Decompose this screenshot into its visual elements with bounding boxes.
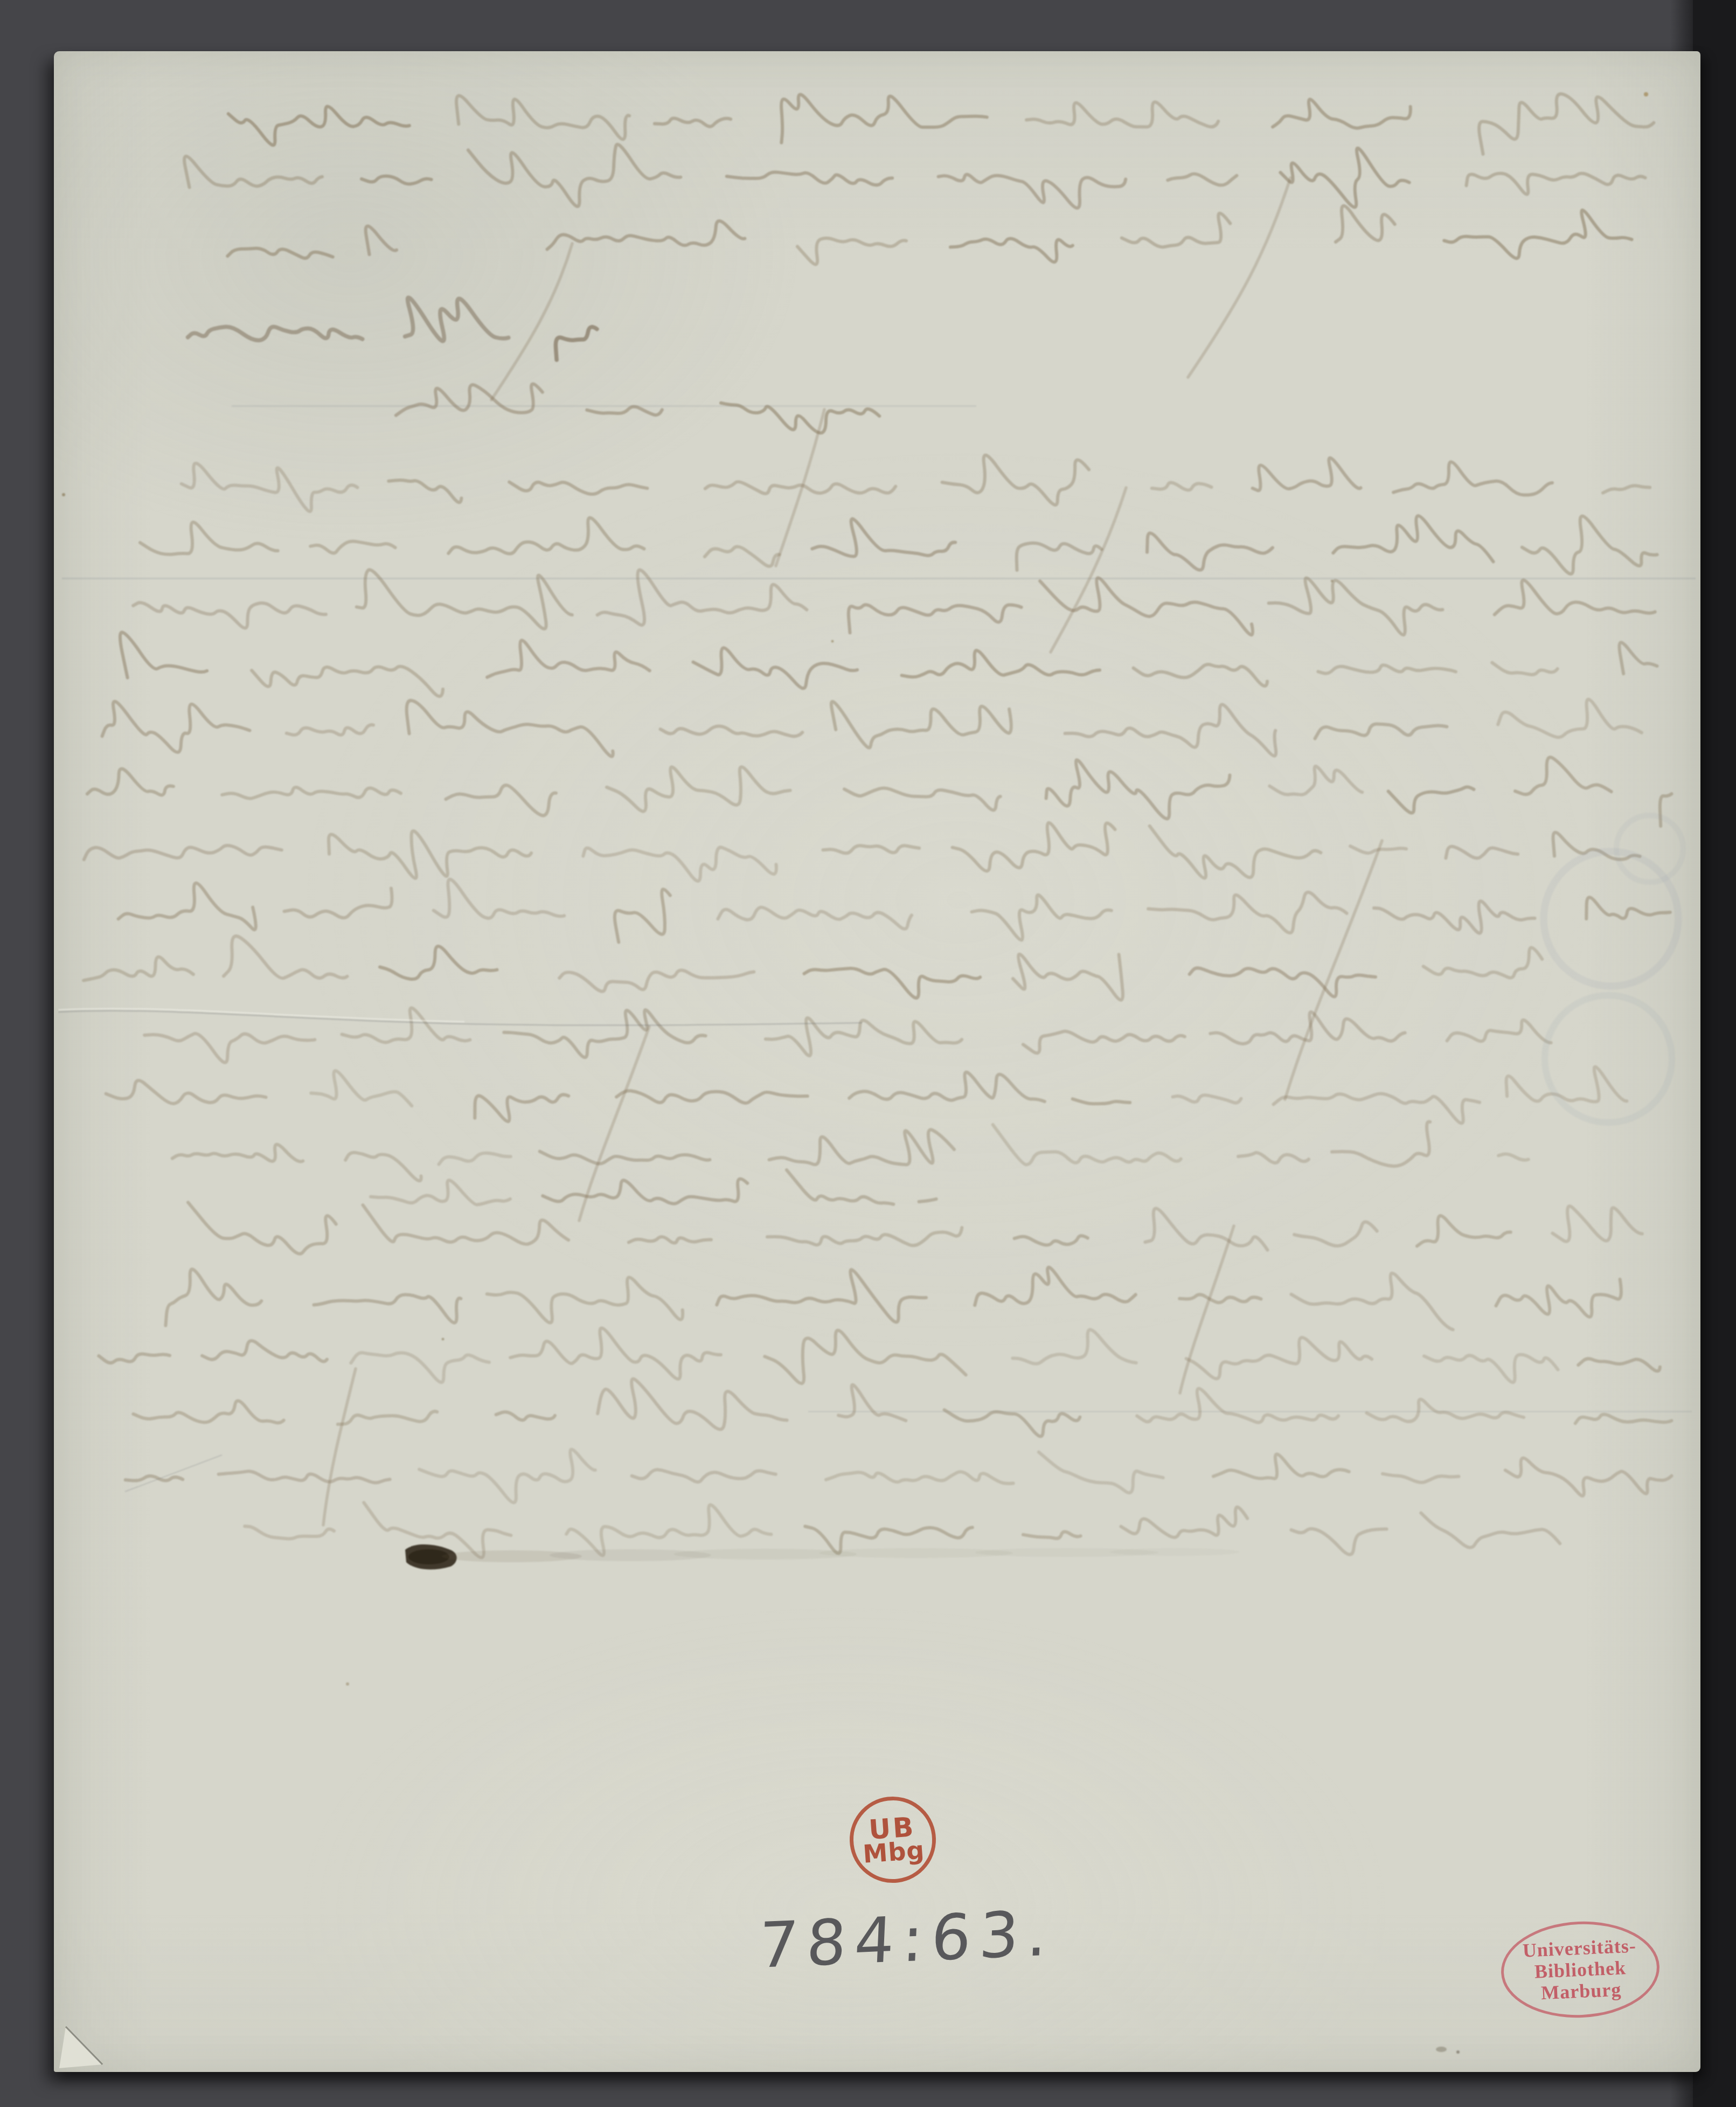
round-stamp-line2: Mbg — [862, 1839, 925, 1866]
oval-stamp-line3: Marburg — [1540, 1979, 1622, 2004]
corner-fold — [0, 0, 1736, 2107]
round-stamp-text: UB Mbg — [860, 1814, 926, 1866]
shelfmark-number: 784:63. — [757, 1897, 1056, 1983]
